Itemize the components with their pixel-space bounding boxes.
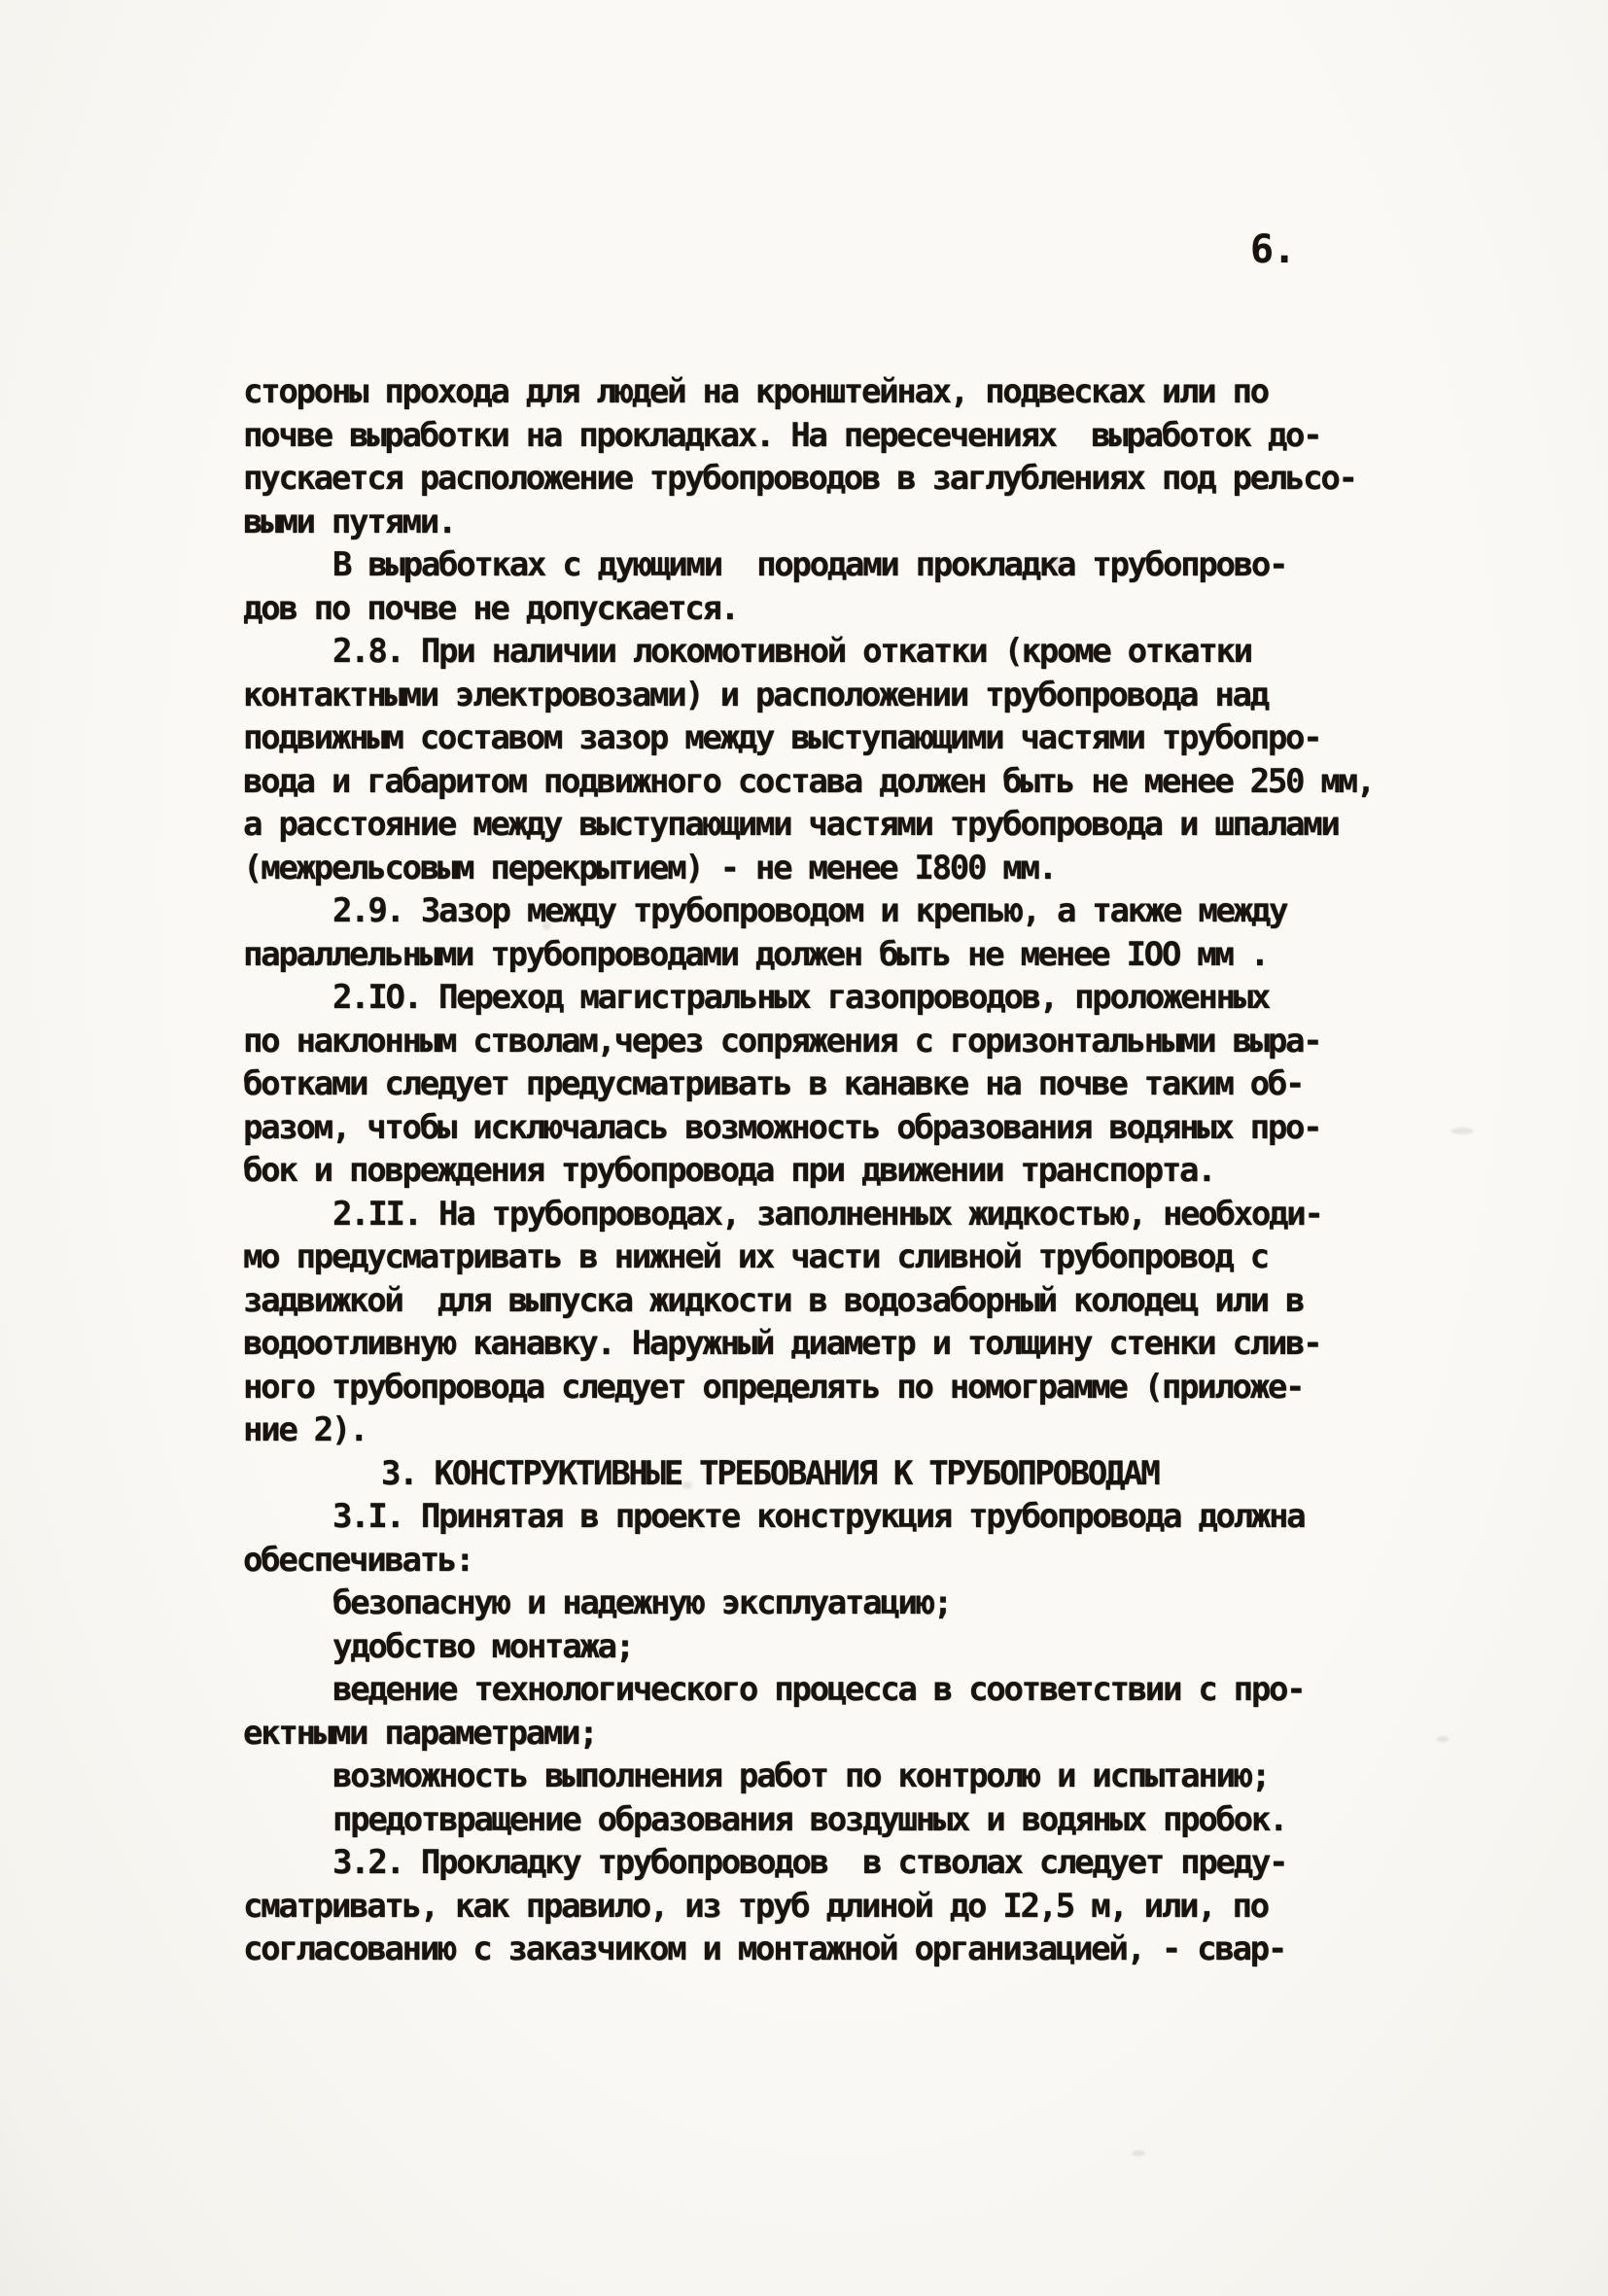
scan-speck <box>1132 2150 1145 2156</box>
text-line: по наклонным стволам,через сопряжения с … <box>243 1020 1478 1063</box>
scan-speck <box>1053 556 1061 570</box>
text-line: подвижным составом зазор между выступающ… <box>243 716 1478 760</box>
text-line: ние 2). <box>243 1409 1478 1452</box>
text-line: задвижкой для выпуска жидкости в водозаб… <box>243 1279 1478 1323</box>
scan-speck <box>542 922 551 930</box>
text-line: ного трубопровода следует определять по … <box>243 1366 1478 1409</box>
scanned-document-page: 6. стороны прохода для людей на кронштей… <box>0 0 1608 2296</box>
section-heading: 3. КОНСТРУКТИВНЫЕ ТРЕБОВАНИЯ К ТРУБОПРОВ… <box>381 1452 1478 1496</box>
text-line: согласованию с заказчиком и монтажной ор… <box>243 1928 1478 1971</box>
text-line: почве выработки на прокладках. На пересе… <box>243 414 1478 458</box>
scan-speck <box>682 1481 692 1489</box>
text-line: вода и габаритом подвижного состава долж… <box>243 760 1478 804</box>
text-line: бок и повреждения трубопровода при движе… <box>243 1149 1478 1193</box>
text-line: обеспечивать: <box>243 1539 1478 1583</box>
text-line: (межрельсовым перекрытием) - не менее I8… <box>243 847 1478 890</box>
text-line: а расстояние между выступающими частями … <box>243 803 1478 847</box>
scan-speck <box>1437 1736 1449 1742</box>
text-line: стороны прохода для людей на кронштейнах… <box>243 370 1478 414</box>
document-text-block: стороны прохода для людей на кронштейнах… <box>243 370 1478 1971</box>
text-line: мо предусматривать в нижней их части сли… <box>243 1235 1478 1279</box>
text-line: ботками следует предусматривать в канавк… <box>243 1062 1478 1106</box>
text-line: дов по почве не допускается. <box>243 587 1478 631</box>
text-line: возможность выполнения работ по контролю… <box>332 1755 1478 1798</box>
text-line: контактными электровозами) и расположени… <box>243 674 1478 717</box>
text-line: 2.8. При наличии локомотивной откатки (к… <box>332 630 1478 674</box>
text-line: выми путями. <box>243 501 1478 544</box>
text-line: ведение технологического процесса в соот… <box>332 1668 1478 1712</box>
text-line: сматривать, как правило, из труб длиной … <box>243 1885 1478 1929</box>
text-line: параллельными трубопроводами должен быть… <box>243 933 1478 977</box>
text-line: 3.2. Прокладку трубопроводов в стволах с… <box>332 1841 1478 1885</box>
scan-speck <box>1451 1128 1473 1134</box>
text-line: удобство монтажа; <box>332 1625 1478 1669</box>
text-line: разом, чтобы исключалась возможность обр… <box>243 1106 1478 1150</box>
text-line: 2.II. На трубопроводах, заполненных жидк… <box>332 1193 1478 1236</box>
text-line: 2.9. Зазор между трубопроводом и крепью,… <box>332 889 1478 933</box>
text-line: 2.IO. Переход магистральных газопроводов… <box>332 976 1478 1020</box>
text-line: безопасную и надежную эксплуатацию; <box>332 1582 1478 1625</box>
text-line: 3.I. Принятая в проекте конструкция труб… <box>332 1495 1478 1539</box>
text-line: пускается расположение трубопроводов в з… <box>243 457 1478 501</box>
text-line: предотвращение образования воздушных и в… <box>332 1798 1478 1842</box>
page-number: 6. <box>1250 227 1295 272</box>
text-line: В выработках с дующими породами прокладк… <box>332 543 1478 587</box>
text-line: ектными параметрами; <box>243 1712 1478 1756</box>
text-line: водоотливную канавку. Наружный диаметр и… <box>243 1322 1478 1366</box>
